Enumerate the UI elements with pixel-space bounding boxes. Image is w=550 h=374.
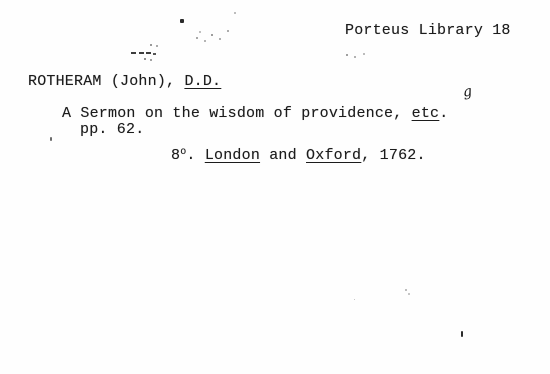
imprint-line: 8o. London and Oxford, 1762. [171, 147, 426, 164]
smudge-mark [408, 293, 410, 295]
smudge-mark [461, 331, 463, 337]
smudge-mark [346, 54, 348, 56]
smudge-mark [354, 299, 355, 300]
smudge-dash [139, 52, 144, 54]
title-text: A Sermon on the wisdom of providence, [62, 105, 412, 122]
title-period: . [439, 105, 448, 122]
smudge-mark [204, 40, 206, 42]
title-line: A Sermon on the wisdom of providence, et… [62, 105, 448, 122]
author-heading: ROTHERAM (John), D.D. [28, 73, 221, 90]
smudge-mark [211, 34, 213, 36]
smudge-mark [354, 56, 356, 58]
imprint-year: , 1762. [361, 147, 425, 164]
smudge-mark [405, 289, 407, 291]
format-separator: . [186, 147, 204, 164]
smudge-mark [50, 137, 52, 141]
library-reference: Porteus Library 18 [345, 22, 511, 39]
smudge-mark [144, 58, 146, 60]
smudge-dash [153, 53, 156, 55]
pagination: pp. 62. [80, 121, 144, 138]
handwritten-annotation-mark: g [462, 83, 474, 100]
imprint-place-london: London [205, 147, 260, 164]
smudge-mark [180, 19, 184, 23]
catalog-card: Porteus Library 18 ROTHERAM (John), D.D.… [0, 0, 550, 374]
smudge-mark [156, 45, 158, 47]
smudge-dash [131, 52, 136, 54]
format-number: 8 [171, 147, 180, 164]
imprint-conjunction: and [260, 147, 306, 164]
smudge-mark [219, 38, 221, 40]
smudge-mark [227, 30, 229, 32]
smudge-mark [234, 12, 236, 14]
smudge-mark [150, 44, 152, 46]
format-ordinal: o [180, 147, 186, 158]
smudge-mark [199, 31, 201, 33]
author-degree: D.D. [184, 73, 221, 90]
smudge-mark [150, 59, 152, 61]
smudge-mark [196, 37, 198, 39]
smudge-dash [146, 52, 151, 54]
title-etc: etc [412, 105, 440, 122]
author-name: ROTHERAM (John), [28, 73, 184, 90]
smudge-mark [363, 53, 365, 55]
imprint-place-oxford: Oxford [306, 147, 361, 164]
